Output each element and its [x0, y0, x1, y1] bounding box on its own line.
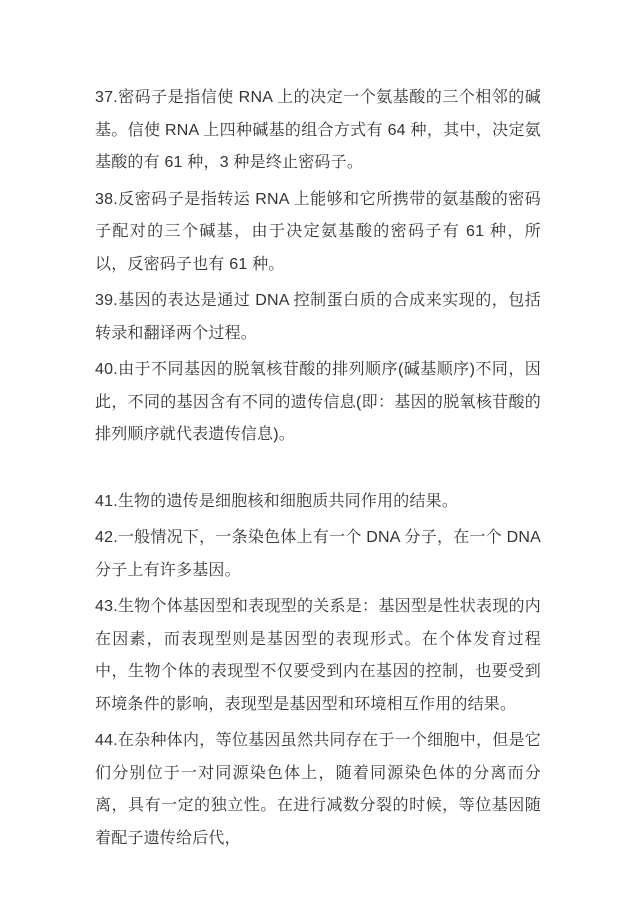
document-page: 37.密码子是指信使 RNA 上的决定一个氨基酸的三个相邻的碱基。信使 RNA …: [0, 0, 640, 905]
blank-line-spacer: [95, 456, 541, 486]
paragraph-item-38: 38.反密码子是指转运 RNA 上能够和它所携带的氨基酸的密码子配对的三个碱基，…: [95, 184, 541, 282]
paragraph-item-37: 37.密码子是指信使 RNA 上的决定一个氨基酸的三个相邻的碱基。信使 RNA …: [95, 82, 541, 180]
paragraph-item-40: 40.由于不同基因的脱氧核苷酸的排列顺序(碱基顺序)不同，因此，不同的基因含有不…: [95, 354, 541, 452]
paragraph-item-42: 42.一般情况下，一条染色体上有一个 DNA 分子，在一个 DNA 分子上有许多…: [95, 522, 541, 587]
paragraph-item-43: 43.生物个体基因型和表现型的关系是：基因型是性状表现的内在因素，而表现型则是基…: [95, 591, 541, 721]
paragraph-item-39: 39.基因的表达是通过 DNA 控制蛋白质的合成来实现的，包括转录和翻译两个过程…: [95, 285, 541, 350]
paragraph-item-41: 41.生物的遗传是细胞核和细胞质共同作用的结果。: [95, 486, 541, 519]
paragraph-item-44: 44.在杂种体内，等位基因虽然共同存在于一个细胞中，但是它们分别位于一对同源染色…: [95, 725, 541, 855]
